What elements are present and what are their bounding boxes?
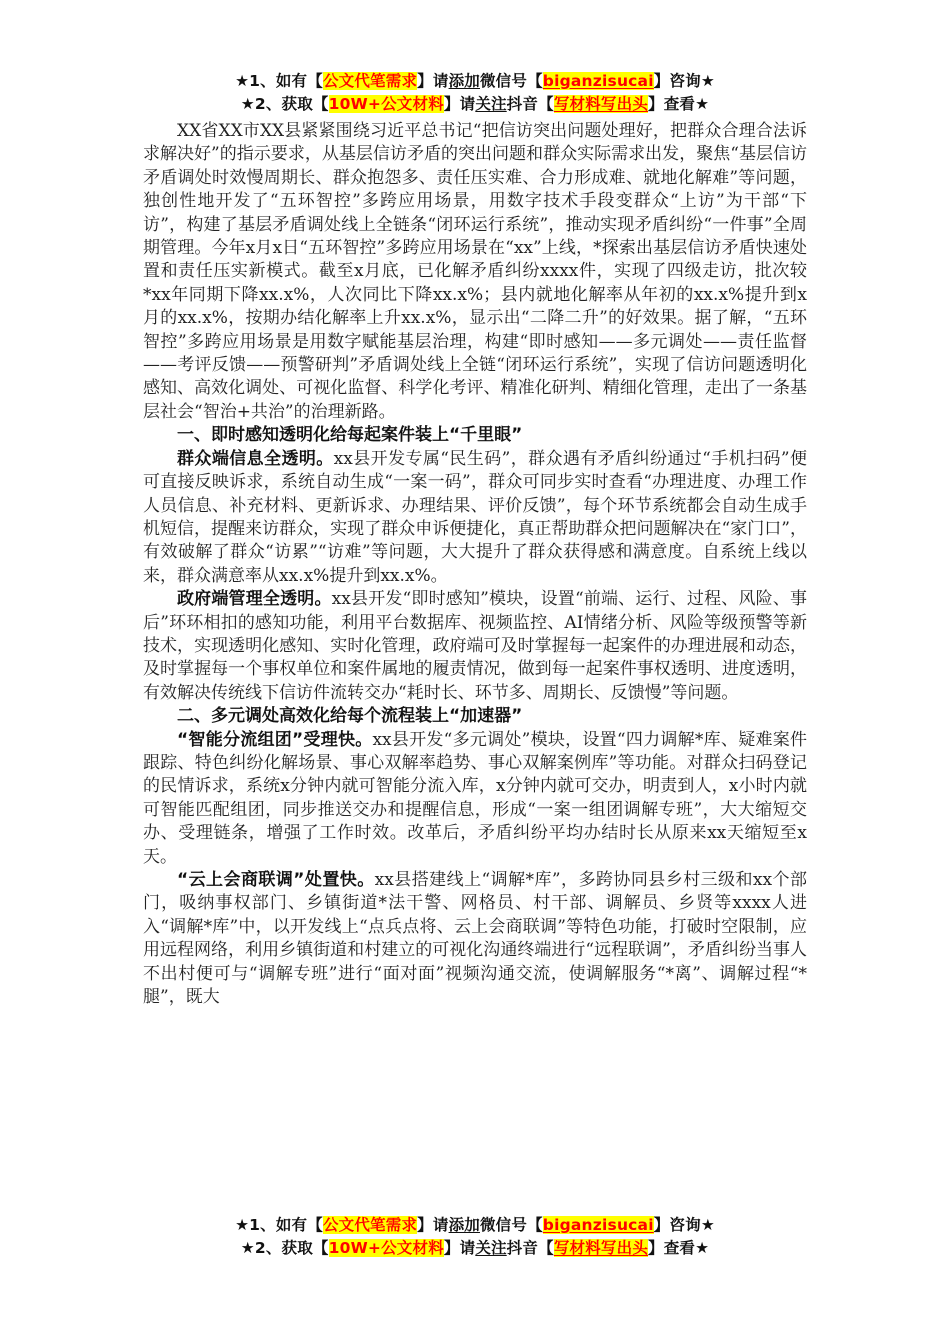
promo-text: 】咨询★	[654, 1216, 715, 1234]
promo-highlight: 10W+公文材料	[329, 95, 444, 113]
body-paragraph: 政府端管理全透明。xx县开发“即时感知”模块，设置“前端、运行、过程、风险、事后…	[143, 588, 807, 705]
promo-underlined: 添加	[449, 1216, 480, 1234]
wechat-id-link[interactable]: biganzisucai	[543, 1216, 654, 1234]
paragraph-text: xx县开发专属“民生码”，群众遇有矛盾纠纷通过“手机扫码”便可直接反映诉求，系统…	[143, 449, 807, 586]
section-heading: 二、多元调处高效化给每个流程装上“加速器”	[143, 705, 807, 728]
promo-underlined: 添加	[449, 72, 480, 90]
promo-text: 抖音【	[507, 1239, 554, 1257]
bottom-promo-banner: ★1、如有【公文代笔需求】请添加微信号【biganzisucai】咨询★ ★2、…	[0, 1214, 950, 1260]
body-paragraph: 群众端信息全透明。xx县开发专属“民生码”，群众遇有矛盾纠纷通过“手机扫码”便可…	[143, 448, 807, 588]
document-page: ★1、如有【公文代笔需求】请添加微信号【biganzisucai】咨询★ ★2、…	[0, 0, 950, 1344]
promo-text: ★2、获取【	[241, 1239, 329, 1257]
intro-paragraph: XX省XX市XX县紧紧围绕习近平总书记“把信访突出问题处理好，把群众合理合法诉求…	[143, 120, 807, 424]
top-promo-banner: ★1、如有【公文代笔需求】请添加微信号【biganzisucai】咨询★ ★2、…	[0, 70, 950, 116]
body-paragraph: “云上会商联调”处置快。xx县搭建线上“调解*库”，多跨协同县乡村三级和xx个部…	[143, 869, 807, 1009]
promo-text: 】请	[417, 1216, 448, 1234]
promo-highlight: 10W+公文材料	[329, 1239, 444, 1257]
paragraph-text: xx县开发“多元调处”模块，设置“四力调解*库、疑难案件跟踪、特色纠纷化解场景、…	[143, 730, 807, 867]
promo-underlined: 关注	[475, 95, 506, 113]
promo-text: 】请	[417, 72, 448, 90]
promo-text: 抖音【	[507, 95, 554, 113]
promo-text: 】咨询★	[654, 72, 715, 90]
promo-highlight: 公文代笔需求	[323, 72, 417, 90]
document-body: XX省XX市XX县紧紧围绕习近平总书记“把信访突出问题处理好，把群众合理合法诉求…	[143, 120, 807, 1009]
douyin-account-link[interactable]: 写材料写出头	[554, 1239, 648, 1257]
paragraph-lead: “智能分流组团”受理快。	[177, 730, 372, 750]
promo-line-2: ★2、获取【10W+公文材料】请关注抖音【写材料写出头】查看★	[0, 1237, 950, 1260]
promo-line-1: ★1、如有【公文代笔需求】请添加微信号【biganzisucai】咨询★	[0, 70, 950, 93]
promo-text: ★2、获取【	[241, 95, 329, 113]
body-paragraph: “智能分流组团”受理快。xx县开发“多元调处”模块，设置“四力调解*库、疑难案件…	[143, 729, 807, 869]
promo-line-1: ★1、如有【公文代笔需求】请添加微信号【biganzisucai】咨询★	[0, 1214, 950, 1237]
promo-text: 微信号【	[480, 1216, 543, 1234]
paragraph-lead: 政府端管理全透明。	[177, 589, 332, 609]
section-heading: 一、即时感知透明化给每起案件装上“千里眼”	[143, 424, 807, 447]
paragraph-lead: “云上会商联调”处置快。	[177, 870, 375, 890]
promo-text: 】请	[444, 95, 475, 113]
wechat-id-link[interactable]: biganzisucai	[543, 72, 654, 90]
promo-text: ★1、如有【	[235, 72, 323, 90]
douyin-account-link[interactable]: 写材料写出头	[554, 95, 648, 113]
paragraph-text: xx县搭建线上“调解*库”，多跨协同县乡村三级和xx个部门，吸纳事权部门、乡镇街…	[143, 870, 807, 1007]
promo-line-2: ★2、获取【10W+公文材料】请关注抖音【写材料写出头】查看★	[0, 93, 950, 116]
promo-highlight: 公文代笔需求	[323, 1216, 417, 1234]
promo-text: 】请	[444, 1239, 475, 1257]
paragraph-lead: 群众端信息全透明。	[177, 449, 334, 469]
promo-text: 】查看★	[648, 95, 709, 113]
promo-text: ★1、如有【	[235, 1216, 323, 1234]
promo-text: 】查看★	[648, 1239, 709, 1257]
promo-text: 微信号【	[480, 72, 543, 90]
promo-underlined: 关注	[475, 1239, 506, 1257]
